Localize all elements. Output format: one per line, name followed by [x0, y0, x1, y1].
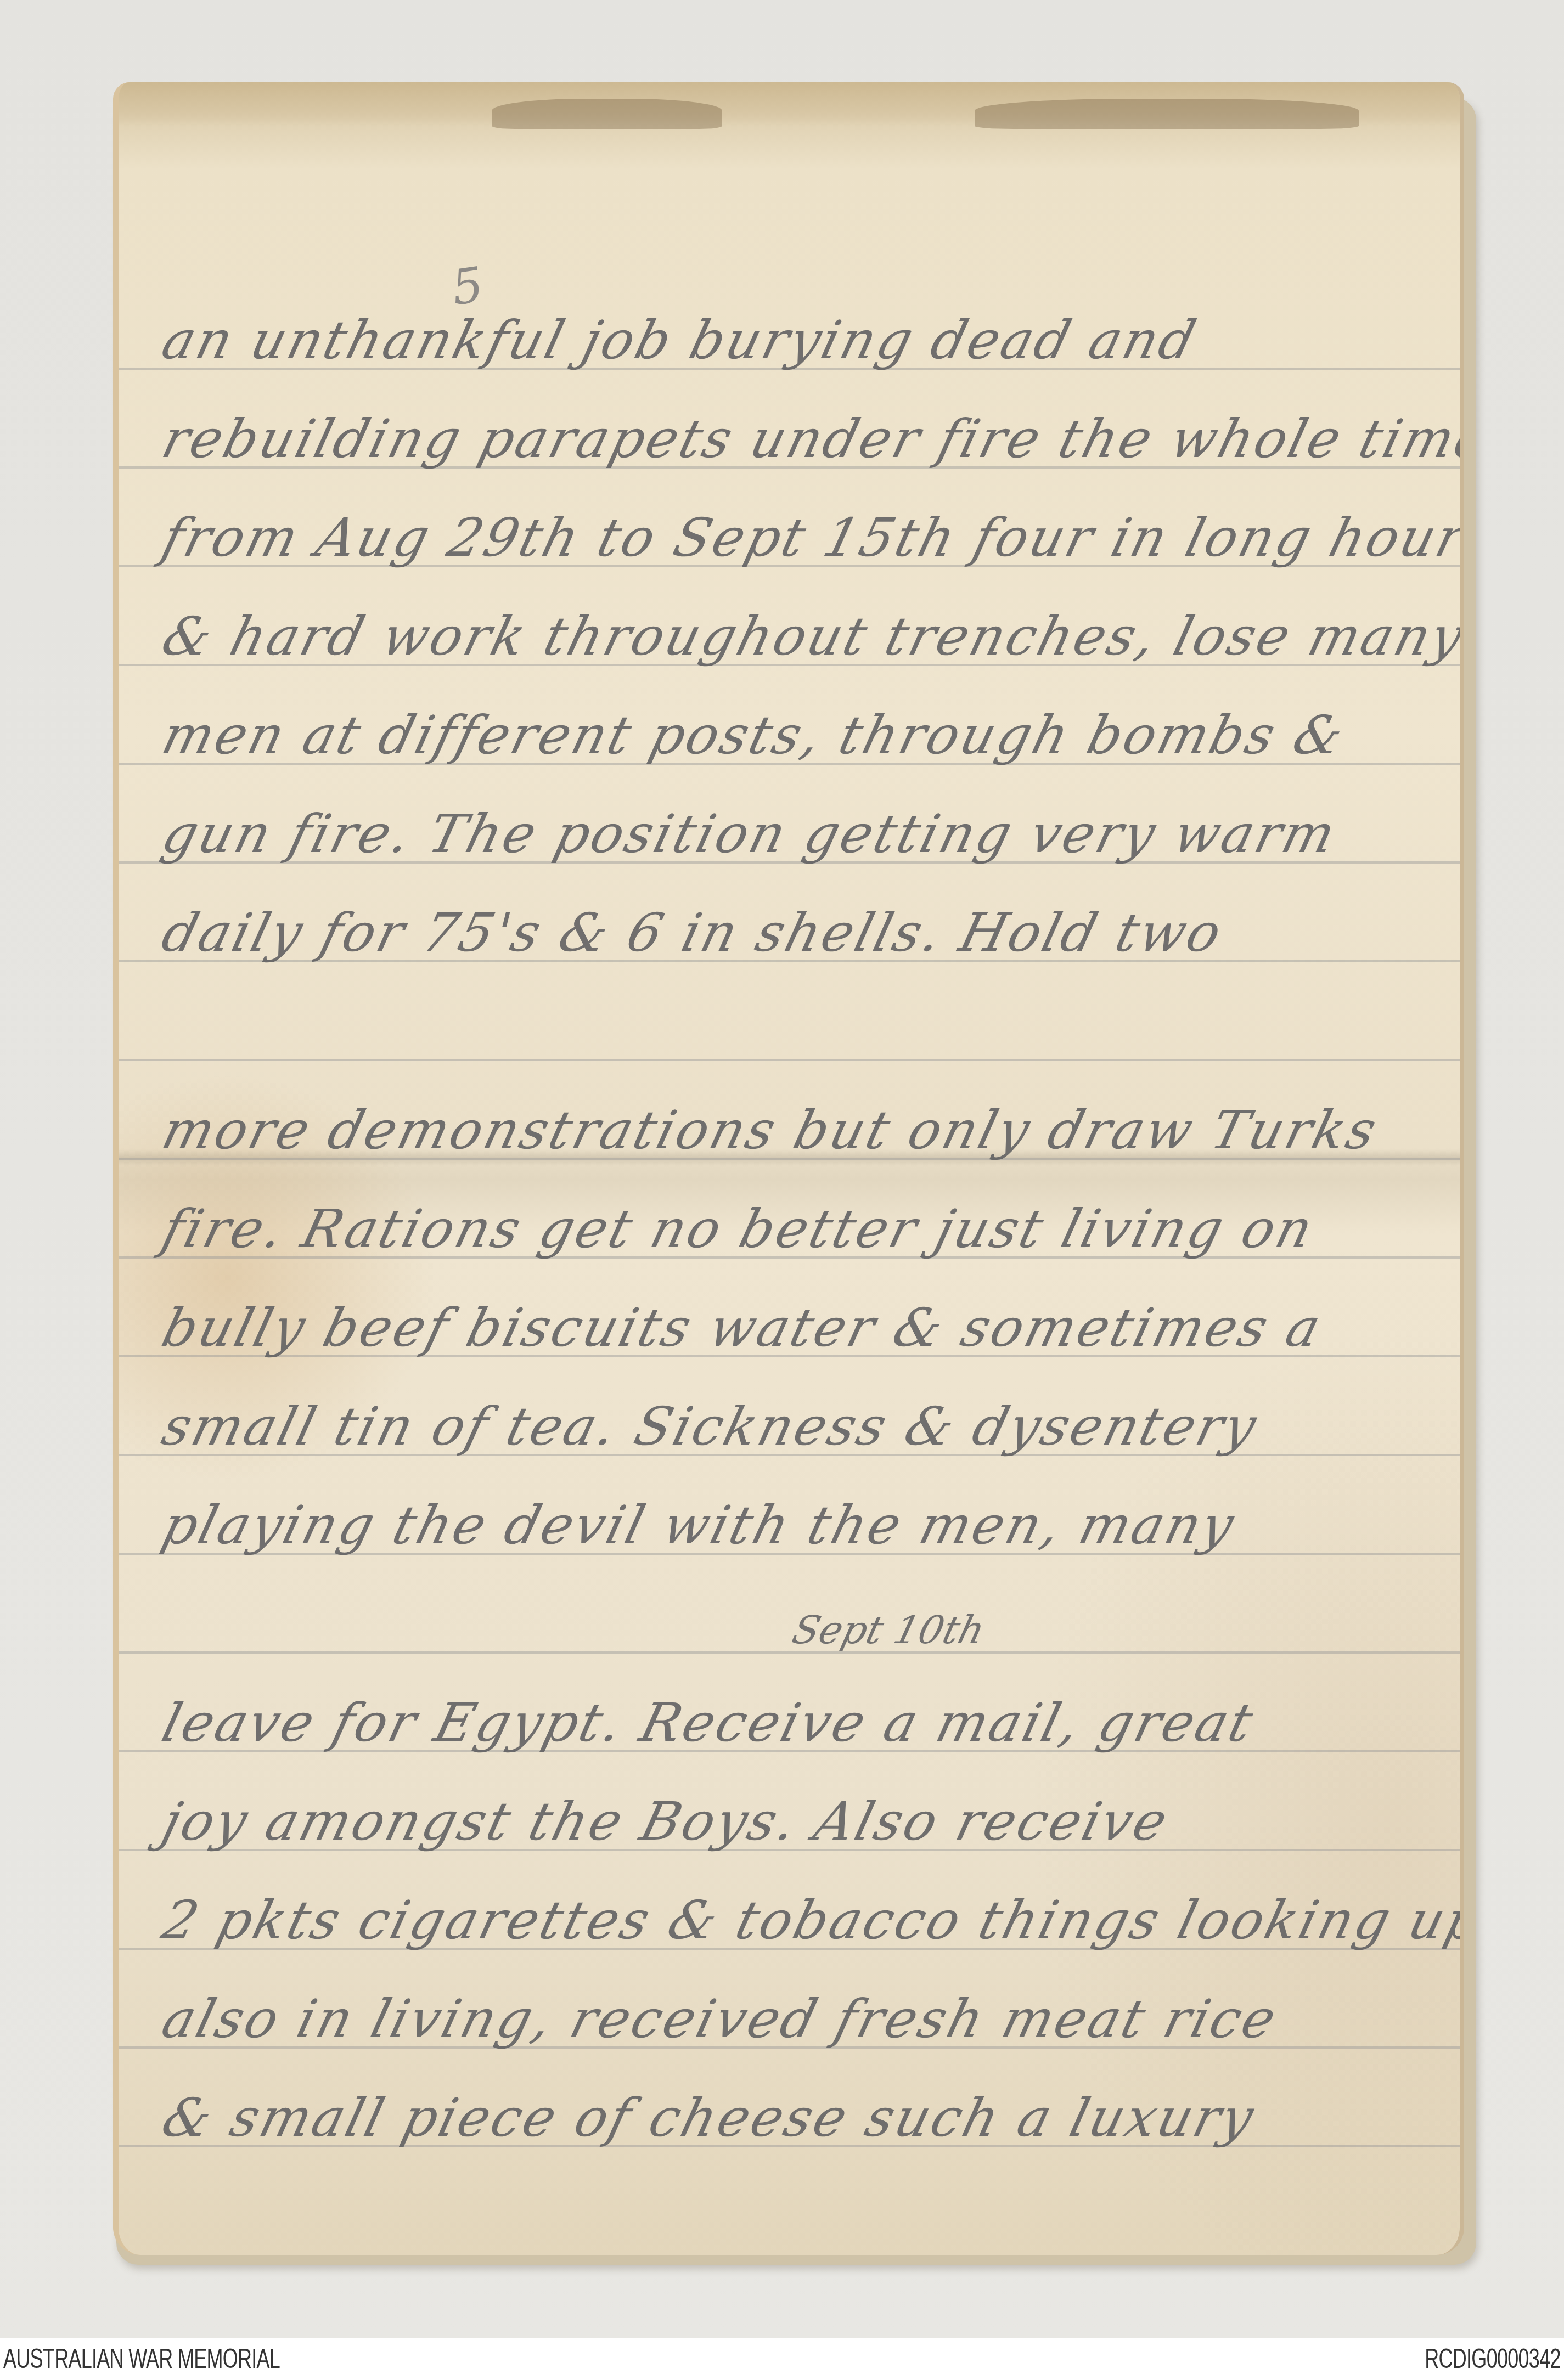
- handwritten-line: gun fire. The position getting very warm: [157, 807, 1444, 861]
- archive-footer: AUSTRALIAN WAR MEMORIAL RCDIG0000342: [0, 2338, 1564, 2380]
- handwritten-line: playing the devil with the men, many: [157, 1498, 1444, 1553]
- handwritten-line: 2 pkts cigarettes & tobacco things looki…: [157, 1893, 1444, 1948]
- torn-stain: [492, 99, 722, 129]
- handwritten-line: leave for Egypt. Receive a mail, great: [157, 1695, 1444, 1750]
- torn-stain: [975, 99, 1359, 129]
- handwritten-line: daily for 75's & 6 in shells. Hold two: [157, 905, 1444, 960]
- handwritten-line: an unthankful job burying dead and: [157, 313, 1444, 368]
- item-id-label: RCDIG0000342: [1425, 2343, 1561, 2375]
- handwritten-line: also in living, received fresh meat rice: [157, 1992, 1444, 2046]
- handwritten-line: men at different posts, through bombs &: [157, 708, 1444, 763]
- date-annotation: Sept 10th: [788, 1608, 989, 1653]
- handwritten-line: joy amongst the Boys. Also receive: [157, 1794, 1444, 1849]
- handwritten-line: bully beef biscuits water & sometimes a: [157, 1300, 1444, 1355]
- handwritten-line: & hard work throughout trenches, lose ma…: [157, 609, 1444, 664]
- handwritten-line: & small piece of cheese such a luxury: [157, 2090, 1444, 2145]
- ruled-line: [119, 1059, 1460, 1061]
- handwritten-line: more demonstrations but only draw Turks: [157, 1103, 1444, 1158]
- handwritten-line: from Aug 29th to Sept 15th four in long …: [157, 510, 1444, 565]
- handwritten-line: small tin of tea. Sickness & dysentery: [157, 1399, 1444, 1454]
- handwritten-line: rebuilding parapets under fire the whole…: [157, 411, 1444, 466]
- diary-page: 5 an unthankful job burying dead and reb…: [113, 82, 1464, 2255]
- page-number: 5: [448, 256, 487, 317]
- handwritten-line: fire. Rations get no better just living …: [157, 1202, 1444, 1256]
- institution-label: AUSTRALIAN WAR MEMORIAL: [3, 2343, 280, 2375]
